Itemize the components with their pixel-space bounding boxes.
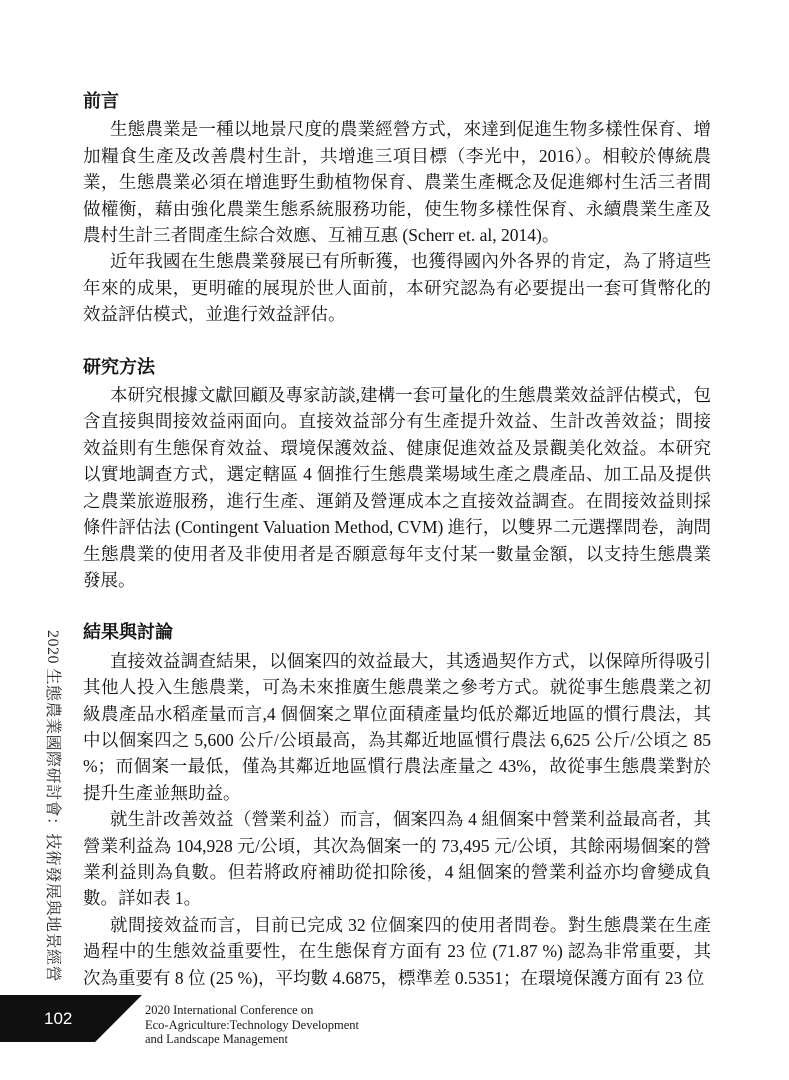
section-heading-results-discussion: 結果與討論: [83, 619, 711, 645]
footer-conference-title: 2020 International Conference on Eco-Agr…: [145, 1003, 359, 1047]
paragraph: 直接效益調查結果，以個案四的效益最大，其透過契作方式，以保障所得吸引其他人投入生…: [83, 648, 711, 806]
spine-vertical-title: 2020 生態農業國際研討會：技術發展與地景經營: [43, 630, 62, 982]
paper-body: 前言 生態農業是一種以地景尺度的農業經營方式，來達到促進生物多樣性保育、增加糧食…: [83, 88, 711, 991]
page-number: 102: [0, 1009, 72, 1029]
page-number-flag: 102: [0, 995, 142, 1042]
footer-conference-line: 2020 International Conference on: [145, 1003, 359, 1018]
footer-conference-line: Eco-Agriculture:Technology Development: [145, 1018, 359, 1033]
section-heading-methods: 研究方法: [83, 354, 711, 380]
paper-page: 2020 生態農業國際研討會：技術發展與地景經營 前言 生態農業是一種以地景尺度…: [0, 0, 789, 1080]
section-results-discussion: 結果與討論 直接效益調查結果，以個案四的效益最大，其透過契作方式，以保障所得吸引…: [83, 619, 711, 991]
paragraph: 就間接效益而言，目前已完成 32 位個案四的使用者問卷。對生態農業在生產過程中的…: [83, 912, 711, 991]
section-introduction: 前言 生態農業是一種以地景尺度的農業經營方式，來達到促進生物多樣性保育、增加糧食…: [83, 88, 711, 328]
section-heading-introduction: 前言: [83, 88, 711, 114]
paragraph: 生態農業是一種以地景尺度的農業經營方式，來達到促進生物多樣性保育、增加糧食生產及…: [83, 116, 711, 248]
paragraph: 本研究根據文獻回顧及專家訪談,建構一套可量化的生態農業效益評估模式，包含直接與間…: [83, 382, 711, 593]
section-methods: 研究方法 本研究根據文獻回顧及專家訪談,建構一套可量化的生態農業效益評估模式，包…: [83, 354, 711, 594]
paragraph: 就生計改善效益（營業利益）而言，個案四為 4 組個案中營業利益最高者，其營業利益…: [83, 806, 711, 912]
footer-conference-line: and Landscape Management: [145, 1032, 359, 1047]
paragraph: 近年我國在生態農業發展已有所斬獲，也獲得國內外各界的肯定，為了將這些年來的成果，…: [83, 248, 711, 327]
